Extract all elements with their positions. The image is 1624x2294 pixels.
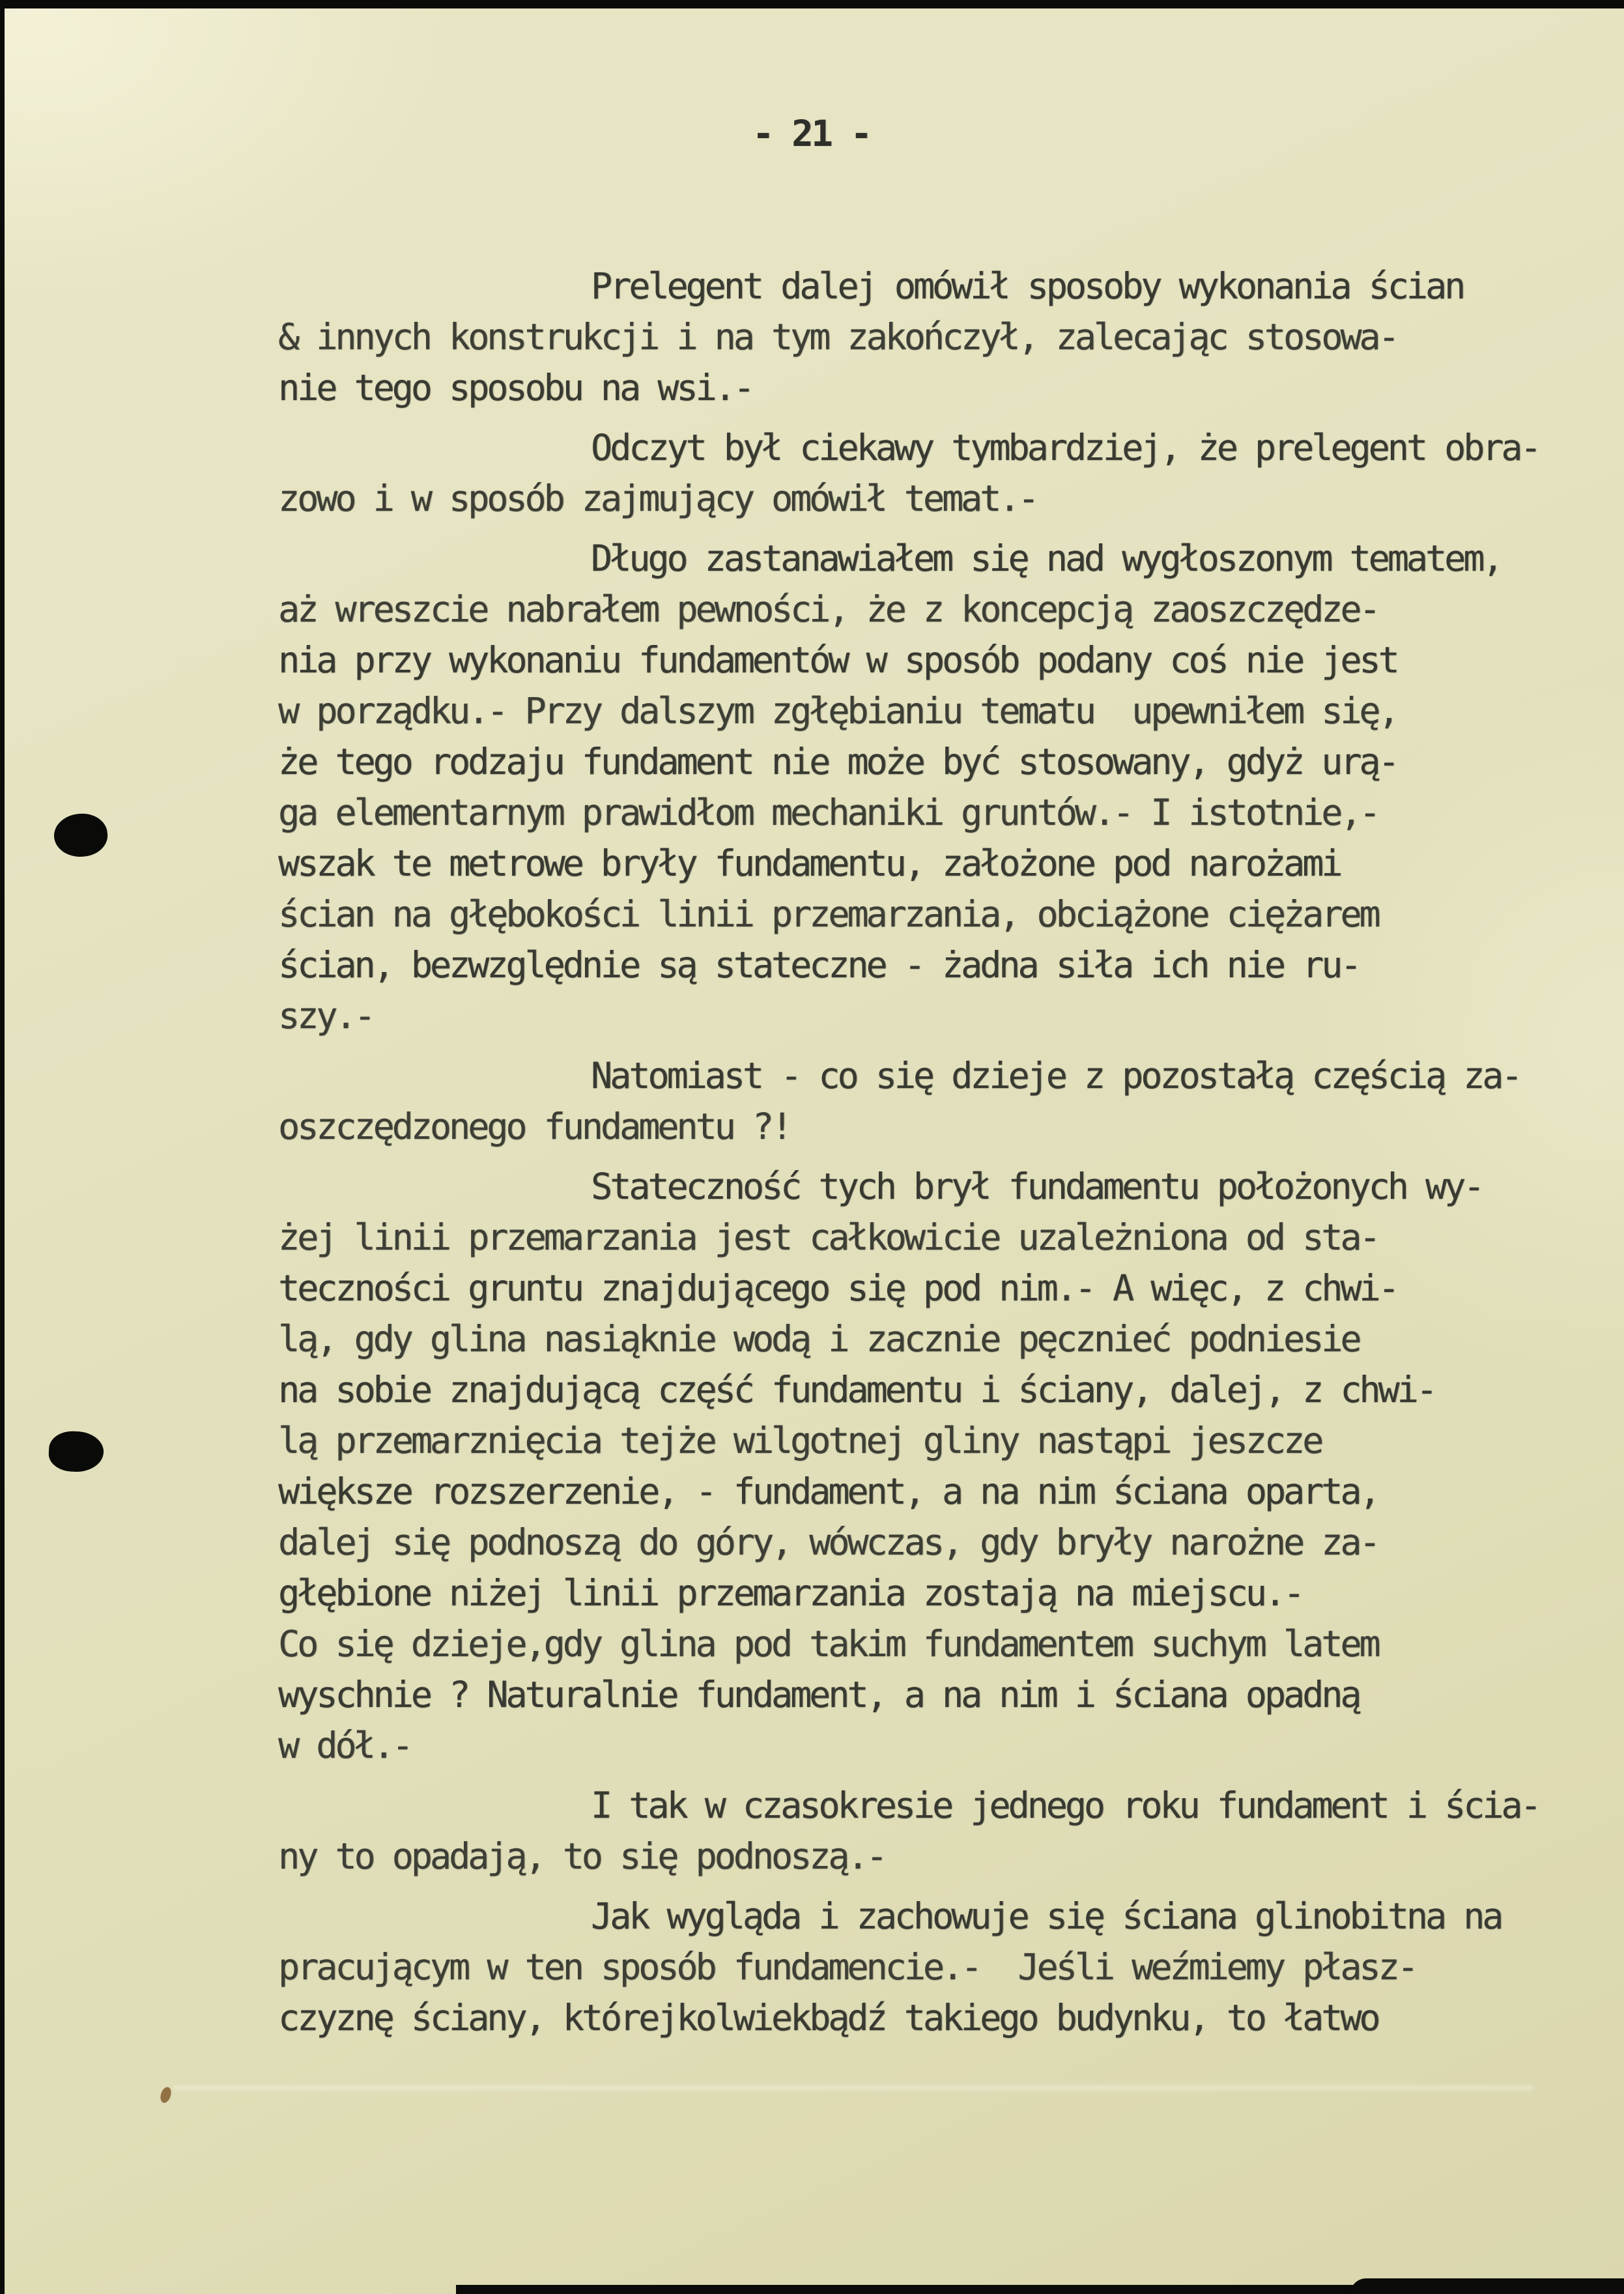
text-line: Stateczność tych brył fundamentu położon… [278, 1161, 1457, 1212]
text-line: szy.- [278, 990, 1457, 1041]
text-line: nia przy wykonaniu fundamentów w sposób … [278, 635, 1457, 685]
text-line: Co się dzieje,gdy glina pod takim fundam… [278, 1618, 1457, 1669]
text-line: Odczyt był ciekawy tymbardziej, że prele… [278, 422, 1457, 473]
text-line: wyschnie ? Naturalnie fundament, a na ni… [278, 1669, 1457, 1720]
text-line: ga elementarnym prawidłom mechaniki grun… [278, 787, 1457, 838]
text-line: Długo zastanawiałem się nad wygłoszonym … [278, 533, 1457, 584]
text-line: czyznę ściany, którejkolwiekbądź takiego… [278, 1992, 1457, 2043]
text-line: Natomiast - co się dzieje z pozostałą cz… [278, 1050, 1457, 1101]
scan-edge-left [0, 0, 5, 2294]
text-line: Prelegent dalej omówił sposoby wykonania… [278, 261, 1457, 311]
text-line: ny to opadają, to się podnoszą.- [278, 1831, 1457, 1882]
text-line: większe rozszerzenie, - fundament, a na … [278, 1466, 1457, 1517]
paragraph: Długo zastanawiałem się nad wygłoszonym … [278, 533, 1457, 1041]
text-line: & innych konstrukcji i na tym zakończył,… [278, 311, 1457, 362]
paper-speck [159, 2086, 173, 2104]
text-line: że tego rodzaju fundament nie może być s… [278, 736, 1457, 787]
paragraph: Jak wygląda i zachowuje się ściana glino… [278, 1891, 1457, 2043]
text-line: zowo i w sposób zajmujący omówił temat.- [278, 473, 1457, 524]
hole-punch-bottom [48, 1430, 104, 1473]
hole-punch-top [52, 812, 109, 859]
text-line: nie tego sposobu na wsi.- [278, 362, 1457, 413]
text-line: I tak w czasokresie jednego roku fundame… [278, 1780, 1457, 1831]
text-line: Jak wygląda i zachowuje się ściana glino… [278, 1891, 1457, 1942]
text-line: w porządku.- Przy dalszym zgłębianiu tem… [278, 685, 1457, 736]
page-number: - 21 - [752, 113, 870, 154]
text-line: oszczędzonego fundamentu ?! [278, 1101, 1457, 1152]
document-text: Prelegent dalej omówił sposoby wykonania… [278, 261, 1457, 2052]
text-line: ścian, bezwzględnie są stateczne - żadna… [278, 939, 1457, 990]
paragraph: Odczyt był ciekawy tymbardziej, że prele… [278, 422, 1457, 524]
paragraph: Natomiast - co się dzieje z pozostałą cz… [278, 1050, 1457, 1152]
text-line: głębione niżej linii przemarzania zostaj… [278, 1568, 1457, 1618]
document-page: - 21 - Prelegent dalej omówił sposoby wy… [5, 8, 1624, 2294]
text-line: wszak te metrowe bryły fundamentu, założ… [278, 838, 1457, 889]
scan-background: - 21 - Prelegent dalej omówił sposoby wy… [0, 0, 1624, 2294]
text-line: w dół.- [278, 1720, 1457, 1771]
paragraph: Prelegent dalej omówił sposoby wykonania… [278, 261, 1457, 413]
text-line: aż wreszcie nabrałem pewności, że z konc… [278, 584, 1457, 635]
paragraph: I tak w czasokresie jednego roku fundame… [278, 1780, 1457, 1882]
scan-edge-corner [1350, 2278, 1624, 2294]
text-line: lą, gdy glina nasiąknie wodą i zacznie p… [278, 1313, 1457, 1364]
text-line: pracującym w ten sposób fundamencie.- Je… [278, 1942, 1457, 1992]
text-line: teczności gruntu znajdującego się pod ni… [278, 1263, 1457, 1313]
text-line: lą przemarznięcia tejże wilgotnej gliny … [278, 1415, 1457, 1466]
text-line: na sobie znajdującą część fundamentu i ś… [278, 1364, 1457, 1415]
scan-edge-top [0, 0, 1624, 8]
text-line: dalej się podnoszą do góry, wówczas, gdy… [278, 1517, 1457, 1568]
text-line: żej linii przemarzania jest całkowicie u… [278, 1212, 1457, 1263]
text-line: ścian na głębokości linii przemarzania, … [278, 889, 1457, 939]
paper-crease [174, 2086, 1533, 2090]
paragraph: Stateczność tych brył fundamentu położon… [278, 1161, 1457, 1771]
